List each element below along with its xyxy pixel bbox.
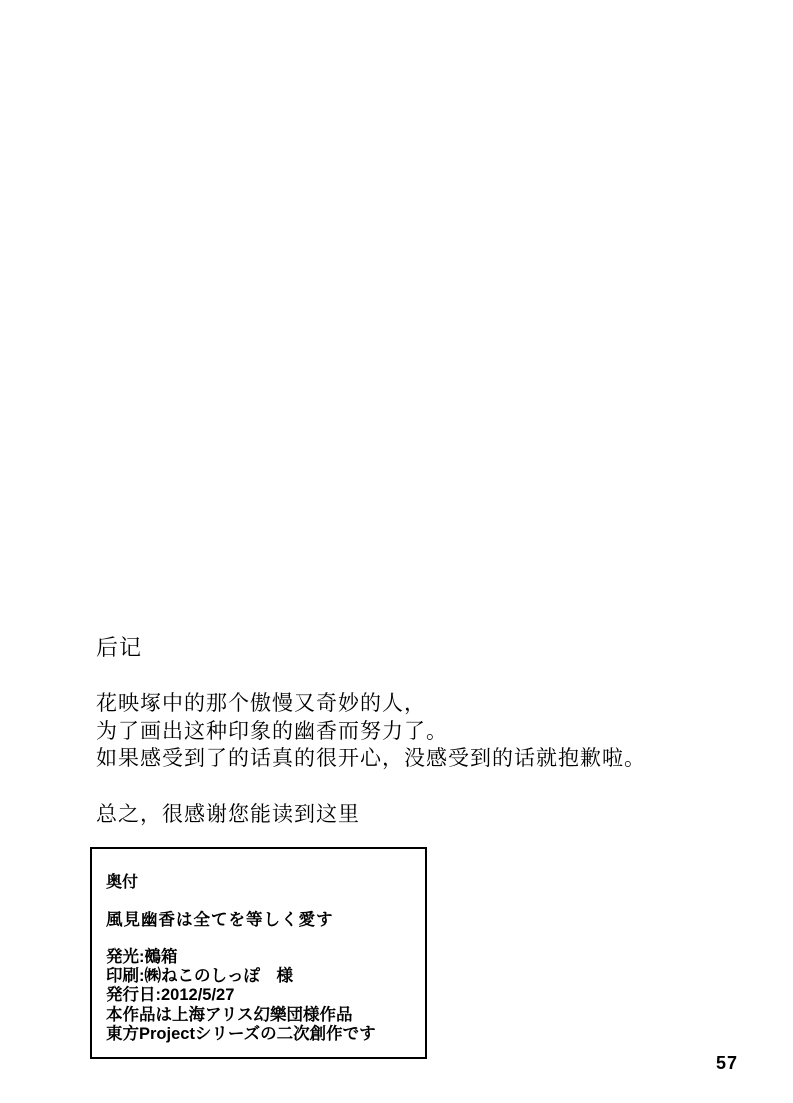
afterword-paragraph: 花映塚中的那个傲慢又奇妙的人， 为了画出这种印象的幽香而努力了。 如果感受到了的… bbox=[96, 690, 646, 773]
page-number: 57 bbox=[716, 1052, 738, 1074]
afterword-page: 后记 花映塚中的那个傲慢又奇妙的人， 为了画出这种印象的幽香而努力了。 如果感受… bbox=[0, 0, 793, 1103]
afterword-closing-line: 总之，很感谢您能读到这里 bbox=[96, 801, 360, 828]
colophon-box: 奥付 風見幽香は全てを等しく愛す 発光:鵺箱 印刷:㈱ねこのしっぽ 様 発行日:… bbox=[90, 847, 427, 1059]
colophon-work-title: 風見幽香は全てを等しく愛す bbox=[106, 911, 334, 930]
afterword-heading: 后记 bbox=[96, 634, 142, 661]
colophon-publication-info: 発光:鵺箱 印刷:㈱ねこのしっぽ 様 発行日:2012/5/27 本作品は上海ア… bbox=[106, 948, 376, 1044]
colophon-title: 奥付 bbox=[106, 873, 138, 892]
